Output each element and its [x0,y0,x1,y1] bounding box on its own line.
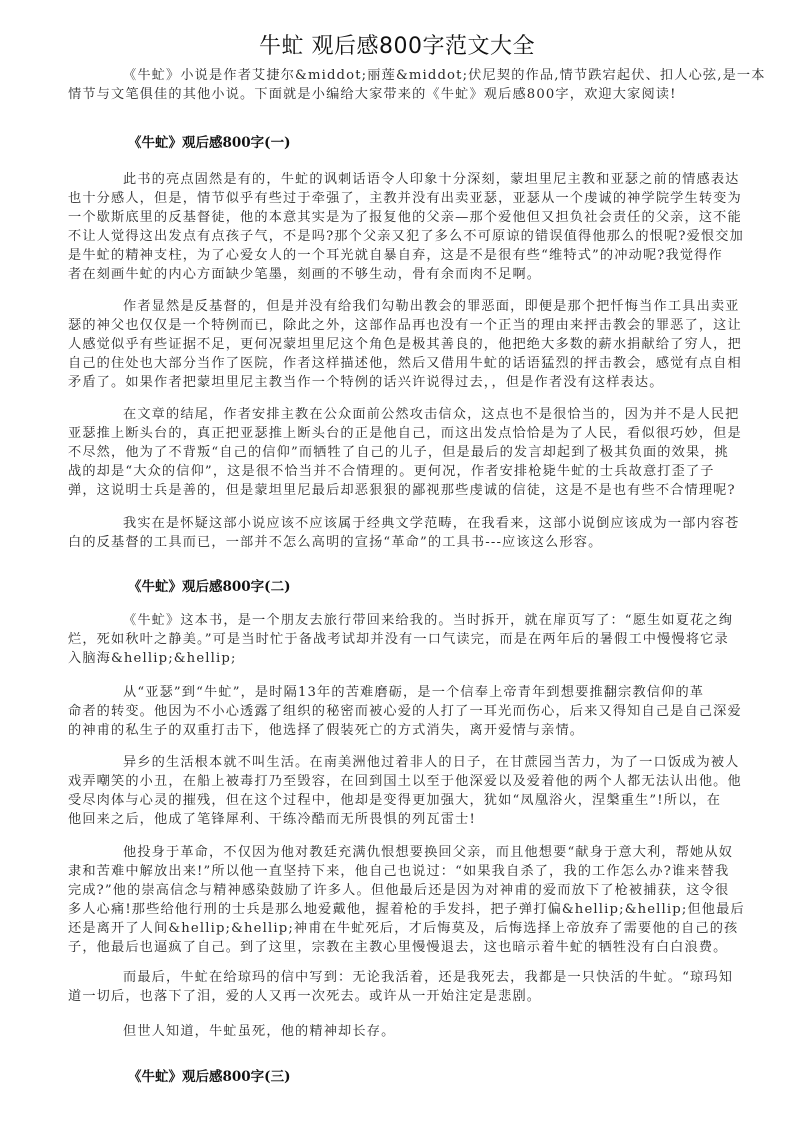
text-line: 《牛虻》小说是作者艾捷尔&middot;丽莲&middot;伏尼契的作品,情节跌… [68,66,728,85]
text-line: 亚瑟推上断头台的，真正把亚瑟推上断头台的正是他自己，而这出发点恰恰是为了人民，看… [68,424,728,443]
text-line: 受尽肉体与心灵的摧残，但在这个过程中，他却是变得更加强大，犹如“凤凰浴火，涅槃重… [68,791,728,810]
paragraph: 我实在是怀疑这部小说应该不应该属于经典文学范畴，在我看来，这部小说倒应该成为一部… [68,514,728,552]
text-line: 道一切后，也落下了泪，爱的人又再一次死去。或许从一开始注定是悲剧。 [68,987,728,1006]
text-line: 是牛虻的精神支柱，为了心爱女人的一个耳光就自暴自弃，这是不是很有些“维特式”的冲… [68,246,728,265]
text-line: 作者显然是反基督的，但是并没有给我们勾勒出教会的罪恶面，即便是那个把忏悔当作工具… [68,297,728,316]
text-line: 人感觉似乎有些证据不足，更何况蒙坦里尼这个角色是极其善良的，他把绝大多数的薪水捐… [68,335,728,354]
paragraph: 但世人知道，牛虻虽死，他的精神却长存。 [68,1022,728,1041]
paragraph: 此书的亮点固然是有的，牛虻的讽刺话语令人印象十分深刻，蒙坦里尼主教和亚瑟之前的情… [68,170,728,284]
paragraph: 在文章的结尾，作者安排主教在公众面前公然攻击信众，这点也不是很恰当的，因为并不是… [68,405,728,500]
text-line: 还是离开了人间&hellip;&hellip;神甫在牛虻死后，才后悔莫及，后悔选… [68,919,728,938]
text-line: 白的反基督的工具而已，一部并不怎么高明的宣扬“革命”的工具书---应该这么形容。 [68,533,728,552]
text-line: 情节与文笔俱佳的其他小说。下面就是小编给大家带来的《牛虻》观后感800字，欢迎大… [68,85,728,104]
text-line: 子，他最后也逼疯了自己。到了这里，宗教在主教心里慢慢退去，这也暗示着牛虻的牺牲没… [68,938,728,957]
paragraph: 异乡的生活根本就不叫生活。在南美洲他过着非人的日子，在甘蔗园当苦力，为了一口饭成… [68,753,728,829]
text-line: 瑟的神父也仅仅是一个特例而已，除此之外，这部作品再也没有一个正当的理由来抨击教会… [68,316,728,335]
text-line: 戏弄嘲笑的小丑，在船上被毒打乃至毁容，在回到国土以至于他深爱以及爱着他的两个人都… [68,772,728,791]
text-line: 自己的住处也大部分当作了医院，作者这样描述他，然后又借用牛虻的话语猛烈的抨击教会… [68,354,728,373]
text-line: 在文章的结尾，作者安排主教在公众面前公然攻击信众，这点也不是很恰当的，因为并不是… [68,405,728,424]
text-line: 他回来之后，他成了笔锋犀利、干练冷酷而无所畏惧的列瓦雷士! [68,810,728,829]
page-title: 牛虻 观后感800字范文大全 [0,32,794,62]
text-line: 一个歇斯底里的反基督徒，他的本意其实是为了报复他的父亲—那个爱他但又担负社会责任… [68,208,728,227]
text-line: 隶和苦难中解放出来!”所以他一直坚持下来，他自己也说过：“如果我自杀了，我的工作… [68,862,728,881]
text-line: 也十分感人，但是，情节似乎有些过于牵强了，主教并没有出卖亚瑟，亚瑟从一个虔诚的神… [68,189,728,208]
paragraph: 他投身于革命，不仅因为他对教廷充满仇恨想要换回父亲，而且他想要“献身于意大利，帮… [68,843,728,957]
text-line: 矛盾了。如果作者把蒙坦里尼主教当作一个特例的话兴许说得过去，，但是作者没有这样表… [68,373,728,392]
text-line: 的神甫的私生子的双重打击下，他选择了假装死亡的方式消失，离开爱情与亲情。 [68,721,728,740]
text-line: 异乡的生活根本就不叫生活。在南美洲他过着非人的日子，在甘蔗园当苦力，为了一口饭成… [68,753,728,772]
text-line: 战的却是“大众的信仰”，这是很不恰当并不合情理的。更何况，作者安排枪毙牛虻的士兵… [68,462,728,481]
text-line: 烂，死如秋叶之静美。”可是当时忙于备战考试却并没有一口气读完，而是在两年后的暑假… [68,630,728,649]
intro-paragraph: 《牛虻》小说是作者艾捷尔&middot;丽莲&middot;伏尼契的作品,情节跌… [68,66,728,104]
document-page: 牛虻 观后感800字范文大全 《牛虻》小说是作者艾捷尔&middot;丽莲&mi… [0,0,794,1123]
text-line: 从“亚瑟”到“牛虻”，是时隔13年的苦难磨砺，是一个信奉上帝青年到想要推翻宗教信… [68,683,728,702]
text-line: 多人心痛!那些给他行刑的士兵是那么地爱戴他，握着枪的手发抖，把子弹打偏&hell… [68,900,728,919]
section-heading-1: 《牛虻》观后感800字(一) [128,134,290,152]
text-line: 者在刻画牛虻的内心方面缺少笔墨，刻画的不够生动，骨有余而肉不足啊。 [68,265,728,284]
paragraph: 从“亚瑟”到“牛虻”，是时隔13年的苦难磨砺，是一个信奉上帝青年到想要推翻宗教信… [68,683,728,740]
text-line: 而最后，牛虻在给琼玛的信中写到：无论我活着，还是我死去，我都是一只快活的牛虻。“… [68,968,728,987]
text-line: 入脑海&hellip;&hellip; [68,649,728,668]
paragraph: 《牛虻》这本书，是一个朋友去旅行带回来给我的。当时拆开，就在扉页写了：“愿生如夏… [68,611,728,668]
text-line: 他投身于革命，不仅因为他对教廷充满仇恨想要换回父亲，而且他想要“献身于意大利，帮… [68,843,728,862]
text-line: 弹，这说明士兵是善的，但是蒙坦里尼最后却恶狠狠的鄙视那些虔诚的信徒，这是不是也有… [68,481,728,500]
text-line: 但世人知道，牛虻虽死，他的精神却长存。 [68,1022,728,1041]
text-line: 我实在是怀疑这部小说应该不应该属于经典文学范畴，在我看来，这部小说倒应该成为一部… [68,514,728,533]
text-line: 命者的转变。他因为不小心透露了组织的秘密而被心爱的人打了一耳光而伤心，后来又得知… [68,702,728,721]
section-heading-3: 《牛虻》观后感800字(三) [128,1068,290,1086]
paragraph: 作者显然是反基督的，但是并没有给我们勾勒出教会的罪恶面，即便是那个把忏悔当作工具… [68,297,728,392]
text-line: 《牛虻》这本书，是一个朋友去旅行带回来给我的。当时拆开，就在扉页写了：“愿生如夏… [68,611,728,630]
paragraph: 而最后，牛虻在给琼玛的信中写到：无论我活着，还是我死去，我都是一只快活的牛虻。“… [68,968,728,1006]
section-heading-2: 《牛虻》观后感800字(二) [128,578,290,596]
text-line: 不尽然，他为了不背叛“自己的信仰”而牺牲了自己的儿子，但是最后的发言却起到了极其… [68,443,728,462]
text-line: 此书的亮点固然是有的，牛虻的讽刺话语令人印象十分深刻，蒙坦里尼主教和亚瑟之前的情… [68,170,728,189]
text-line: 不让人觉得这出发点有点孩子气，不是吗?那个父亲又犯了多么不可原谅的错误值得他那么… [68,227,728,246]
text-line: 完成?”他的崇高信念与精神感染鼓励了许多人。但他最后还是因为对神甫的爱而放下了枪… [68,881,728,900]
